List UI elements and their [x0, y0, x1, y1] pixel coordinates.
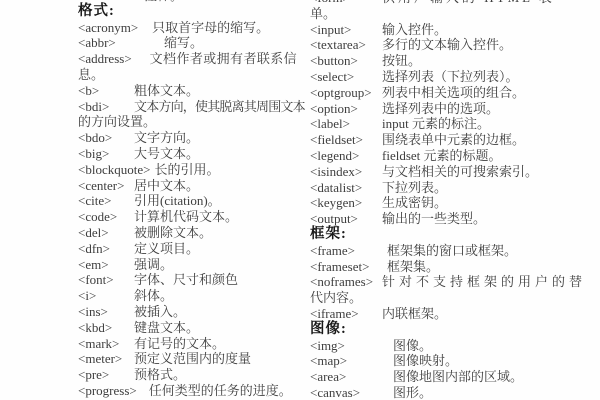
- tag-description: 注释。: [144, 0, 183, 3]
- tag-description: 列表中相关选项的组合。: [382, 85, 525, 100]
- entry-abbr: <abbr>缩写。: [78, 35, 302, 51]
- entry-bdi: <bdi>文本方向，使其脱离其周围文本的方向设置。: [78, 99, 302, 131]
- tag-description: 定义项目。: [134, 241, 199, 256]
- tag-description: 框架集的窗口或框架。: [387, 243, 517, 258]
- tab-spacer: [382, 369, 393, 370]
- tag-description: 输入控件。: [382, 22, 447, 37]
- tag-name: <mark>: [78, 336, 130, 352]
- tag-description: 预格式。: [134, 367, 186, 382]
- tab-spacer: [136, 51, 150, 52]
- tag-name: <pre>: [78, 367, 130, 383]
- tag-description: 选择列表中的选项。: [382, 101, 499, 116]
- entry-line: <form>供用户输入的 HTML 表: [310, 0, 598, 6]
- entry-dfn: <dfn>定义项目。: [78, 241, 302, 257]
- tag-description: 字体、尺寸和颜色: [134, 272, 238, 287]
- tag-name: <code>: [78, 209, 130, 225]
- tag-description: 预定义范围内的度量: [134, 351, 251, 366]
- tag-name: <img>: [310, 338, 378, 354]
- tag-name: <isindex>: [310, 164, 378, 180]
- entry-acronym: <acronym>只取首字母的缩写。: [78, 20, 302, 36]
- tag-name: <acronym>: [78, 20, 138, 36]
- tag-name: <dfn>: [78, 241, 130, 257]
- entry-frame: <frame>框架集的窗口或框架。: [310, 243, 598, 259]
- tag-name: <abbr>: [78, 35, 130, 51]
- tag-description: 文档作者或拥有者联系信: [150, 51, 302, 67]
- tag-description: 图形。: [393, 385, 432, 400]
- entry-del: <del>被删除文本。: [78, 225, 302, 241]
- tag-description: 图像映射。: [393, 353, 458, 368]
- tag-name: <iframe>: [310, 306, 378, 322]
- tag-name: <fieldset>: [310, 132, 378, 148]
- entry-map: <map>图像映射。: [310, 353, 598, 369]
- section-header: 图像:: [310, 322, 598, 338]
- tag-name: <map>: [310, 353, 378, 369]
- entry-line: <address>文档作者或拥有者联系信: [78, 51, 302, 67]
- entry-pre: <pre>预格式。: [78, 367, 302, 383]
- tag-description-continued: 代内容。: [310, 290, 598, 306]
- entry-optgroup: <optgroup>列表中相关选项的组合。: [310, 85, 598, 101]
- tag-description: 围绕表单中元素的边框。: [382, 132, 525, 147]
- tag-name: <b>: [78, 83, 130, 99]
- tag-description-continued: 单。: [310, 6, 598, 22]
- tag-name: <textarea>: [310, 37, 378, 53]
- tag-name: <address>: [78, 51, 132, 67]
- tag-name: <legend>: [310, 148, 378, 164]
- tab-spacer: [382, 385, 393, 386]
- entry-line: <noframes>针对不支持框架的用户的替: [310, 274, 598, 290]
- tag-description: 图像地图内部的区域。: [393, 369, 523, 384]
- entry-font: <font>字体、尺寸和颜色: [78, 272, 302, 288]
- entry-fieldset: <fieldset>围绕表单中元素的边框。: [310, 132, 598, 148]
- tag-description: 图像。: [393, 338, 432, 353]
- tag-name: <big>: [78, 146, 130, 162]
- tag-description: 被插入。: [134, 304, 186, 319]
- tag-name: <canvas>: [310, 385, 378, 400]
- tag-name: <output>: [310, 211, 378, 227]
- entry-ins: <ins>被插入。: [78, 304, 302, 320]
- tag-name: <frame>: [310, 243, 378, 259]
- tag-name: <center>: [78, 178, 130, 194]
- entry-meter: <meter>预定义范围内的度量: [78, 351, 302, 367]
- tag-description: 文字方向。: [134, 130, 199, 145]
- tag-name: <kbd>: [78, 320, 130, 336]
- entry-keygen: <keygen>生成密钥。: [310, 195, 598, 211]
- tag-description: 输出的一些类型。: [382, 211, 486, 226]
- tag-description: 长的引用。: [154, 162, 219, 177]
- entry-address: <address>文档作者或拥有者联系信息。: [78, 51, 302, 83]
- tag-name: <blockquote>: [78, 162, 150, 178]
- tag-description: 计算机代码文本。: [134, 209, 238, 224]
- tag-name: <cite>: [78, 193, 130, 209]
- tag-description: 多行的文本输入控件。: [382, 37, 512, 52]
- entry-datalist: <datalist>下拉列表。: [310, 180, 598, 196]
- entry-img: <img>图像。: [310, 338, 598, 354]
- tag-description: 针对不支持框架的用户的替: [382, 274, 598, 290]
- tag-name: <button>: [310, 53, 378, 69]
- tag-description: 与文档相关的可搜索索引。: [382, 164, 538, 179]
- tag-description: 内联框架。: [382, 306, 447, 321]
- tag-name: <del>: [78, 225, 130, 241]
- tag-name: <select>: [310, 69, 378, 85]
- tag-name: <bdi>: [78, 99, 130, 115]
- tag-description: 大号文本。: [134, 146, 199, 161]
- tag-description: 强调。: [134, 257, 173, 272]
- entry-line: <bdi>文本方向，使其脱离其周围文本: [78, 99, 302, 115]
- tag-name: <meter>: [78, 351, 130, 367]
- entry-isindex: <isindex>与文档相关的可搜索索引。: [310, 164, 598, 180]
- entry-label: <label>input 元素的标注。: [310, 116, 598, 132]
- tag-name: <i>: [78, 288, 130, 304]
- tag-name: <noframes>: [310, 274, 378, 290]
- tab-spacer: [134, 35, 164, 36]
- tag-description: 供用户输入的 HTML 表: [382, 0, 598, 6]
- tag-description: 文本方向，使其脱离其周围文本: [134, 99, 305, 115]
- entry-code: <code>计算机代码文本。: [78, 209, 302, 225]
- tag-description: 有记号的文本。: [134, 336, 225, 351]
- tag-name: <bdo>: [78, 130, 130, 146]
- entry-blockquote: <blockquote>长的引用。: [78, 162, 302, 178]
- entry-frameset: <frameset>框架集。: [310, 259, 598, 275]
- tag-name: <input>: [310, 22, 378, 38]
- tag-description-continued: 的方向设置。: [78, 114, 302, 130]
- tag-description: 被删除文本。: [134, 225, 212, 240]
- entry-select: <select>选择列表（下拉列表）。: [310, 69, 598, 85]
- tab-spacer: [382, 353, 393, 354]
- left-column: <!--...-->注释。格式:<acronym>只取首字母的缩写。<abbr>…: [78, 0, 302, 399]
- section-header: 格式:: [78, 4, 302, 20]
- entry-input: <input>输入控件。: [310, 22, 598, 38]
- entry-b: <b>粗体文本。: [78, 83, 302, 99]
- tag-name: <area>: [310, 369, 378, 385]
- entry-textarea: <textarea>多行的文本输入控件。: [310, 37, 598, 53]
- tab-spacer: [141, 383, 149, 384]
- tab-spacer: [142, 20, 152, 21]
- entry-legend: <legend>fieldset 元素的标题。: [310, 148, 598, 164]
- entry-big: <big>大号文本。: [78, 146, 302, 162]
- tag-description: fieldset 元素的标题。: [382, 148, 502, 163]
- tag-name: <progress>: [78, 383, 137, 399]
- tag-description: 粗体文本。: [134, 83, 199, 98]
- tag-name: <label>: [310, 116, 378, 132]
- entry-bdo: <bdo>文字方向。: [78, 130, 302, 146]
- tag-name: <datalist>: [310, 180, 378, 196]
- tag-name: <form>: [310, 0, 378, 6]
- tag-name: <option>: [310, 101, 378, 117]
- tag-name: <em>: [78, 257, 130, 273]
- document-page: <!--...-->注释。格式:<acronym>只取首字母的缩写。<abbr>…: [0, 0, 600, 400]
- tag-description: 生成密钥。: [382, 195, 447, 210]
- tag-description: 斜体。: [134, 288, 173, 303]
- tag-description: 下拉列表。: [382, 180, 447, 195]
- tag-name: <font>: [78, 272, 130, 288]
- tag-description-continued: 息。: [78, 67, 302, 83]
- tag-description: 键盘文本。: [134, 320, 199, 335]
- tag-description: 引用(citation)。: [134, 193, 221, 208]
- entry-noframes: <noframes>针对不支持框架的用户的替代内容。: [310, 274, 598, 306]
- entry-cite: <cite>引用(citation)。: [78, 193, 302, 209]
- tag-description: 选择列表（下拉列表）。: [382, 69, 519, 84]
- entry-button: <button>按钮。: [310, 53, 598, 69]
- entry-area: <area>图像地图内部的区域。: [310, 369, 598, 385]
- tag-name: <keygen>: [310, 195, 378, 211]
- tag-description: 缩写。: [164, 35, 203, 50]
- entry-form: <form>供用户输入的 HTML 表单。: [310, 0, 598, 22]
- entry-em: <em>强调。: [78, 257, 302, 273]
- tag-name: <ins>: [78, 304, 130, 320]
- entry-iframe: <iframe>内联框架。: [310, 306, 598, 322]
- tag-name: <optgroup>: [310, 85, 378, 101]
- entry-option: <option>选择列表中的选项。: [310, 101, 598, 117]
- entry-progress: <progress>任何类型的任务的进度。: [78, 383, 302, 399]
- entry-center: <center>居中文本。: [78, 178, 302, 194]
- right-column: <form>供用户输入的 HTML 表单。<input>输入控件。<textar…: [310, 0, 598, 400]
- tag-description: input 元素的标注。: [382, 116, 490, 131]
- entry-mark: <mark>有记号的文本。: [78, 336, 302, 352]
- entry-canvas: <canvas>图形。: [310, 385, 598, 400]
- entry-output: <output>输出的一些类型。: [310, 211, 598, 227]
- tag-description: 任何类型的任务的进度。: [149, 383, 292, 398]
- tag-description: 按钮。: [382, 53, 421, 68]
- tag-description: 只取首字母的缩写。: [152, 20, 269, 35]
- section-header: 框架:: [310, 227, 598, 243]
- tag-description: 居中文本。: [134, 178, 199, 193]
- tag-name: <frameset>: [310, 259, 378, 275]
- tag-description: 框架集。: [387, 259, 439, 274]
- entry-kbd: <kbd>键盘文本。: [78, 320, 302, 336]
- entry-i: <i>斜体。: [78, 288, 302, 304]
- tab-spacer: [382, 338, 393, 339]
